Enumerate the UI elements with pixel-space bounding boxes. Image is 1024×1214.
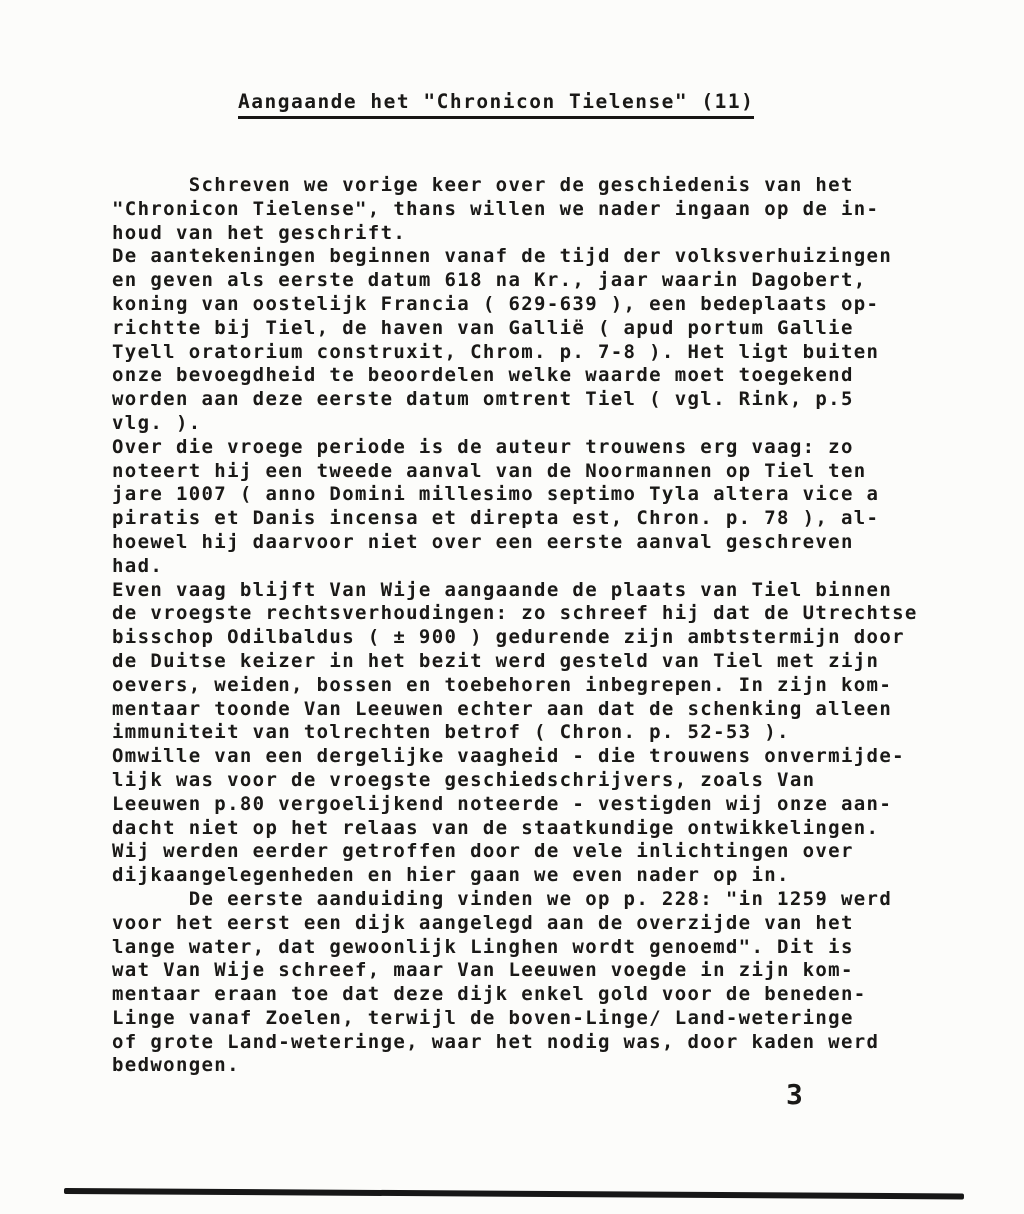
text-line: lange water, dat gewoonlijk Linghen word… (112, 936, 918, 960)
text-line: Leeuwen p.80 vergoelijkend noteerde - ve… (112, 793, 918, 817)
page-title: Aangaande het "Chronicon Tielense" (11) (238, 90, 754, 119)
text-line: dacht niet op het relaas van de staatkun… (112, 817, 918, 841)
text-line: vlg. ). (112, 412, 918, 436)
page-number: 3 (786, 1078, 803, 1111)
text-line: Linge vanaf Zoelen, terwijl de boven-Lin… (112, 1007, 918, 1031)
text-line: jare 1007 ( anno Domini millesimo septim… (112, 483, 918, 507)
bottom-rule (64, 1188, 964, 1199)
text-line: Tyell oratorium construxit, Chrom. p. 7-… (112, 341, 918, 365)
text-line: immuniteit van tolrechten betrof ( Chron… (112, 721, 918, 745)
text-line: de vroegste rechtsverhoudingen: zo schre… (112, 602, 918, 626)
text-line: Wij werden eerder getroffen door de vele… (112, 840, 918, 864)
text-line: Omwille van een dergelijke vaagheid - di… (112, 745, 918, 769)
text-line: mentaar eraan toe dat deze dijk enkel go… (112, 983, 918, 1007)
text-line: worden aan deze eerste datum omtrent Tie… (112, 388, 918, 412)
text-line: lijk was voor de vroegste geschiedschrij… (112, 769, 918, 793)
text-line: De aantekeningen beginnen vanaf de tijd … (112, 245, 918, 269)
text-line: oevers, weiden, bossen en toebehoren inb… (112, 674, 918, 698)
text-line: Even vaag blijft Van Wije aangaande de p… (112, 579, 918, 603)
body-text: Schreven we vorige keer over de geschied… (112, 174, 918, 1078)
text-line: "Chronicon Tielense", thans willen we na… (112, 198, 918, 222)
text-line: de Duitse keizer in het bezit werd geste… (112, 650, 918, 674)
text-line: of grote Land-weteringe, waar het nodig … (112, 1031, 918, 1055)
text-line: Over die vroege periode is de auteur tro… (112, 436, 918, 460)
text-line: en geven als eerste datum 618 na Kr., ja… (112, 269, 918, 293)
text-line: bedwongen. (112, 1054, 918, 1078)
text-line: noteert hij een tweede aanval van de Noo… (112, 460, 918, 484)
text-line: De eerste aanduiding vinden we op p. 228… (112, 888, 918, 912)
text-line: wat Van Wije schreef, maar Van Leeuwen v… (112, 959, 918, 983)
text-line: voor het eerst een dijk aangelegd aan de… (112, 912, 918, 936)
text-line: onze bevoegdheid te beoordelen welke waa… (112, 364, 918, 388)
text-line: richtte bij Tiel, de haven van Gallië ( … (112, 317, 918, 341)
text-line: piratis et Danis incensa et direpta est,… (112, 507, 918, 531)
text-line: koning van oostelijk Francia ( 629-639 )… (112, 293, 918, 317)
document-page: Aangaande het "Chronicon Tielense" (11) … (0, 0, 1024, 1214)
text-line: houd van het geschrift. (112, 222, 918, 246)
text-line: had. (112, 555, 918, 579)
text-line: hoewel hij daarvoor niet over een eerste… (112, 531, 918, 555)
text-line: mentaar toonde Van Leeuwen echter aan da… (112, 698, 918, 722)
text-line: dijkaangelegenheden en hier gaan we even… (112, 864, 918, 888)
text-line: bisschop Odilbaldus ( ± 900 ) gedurende … (112, 626, 918, 650)
text-line: Schreven we vorige keer over de geschied… (112, 174, 918, 198)
